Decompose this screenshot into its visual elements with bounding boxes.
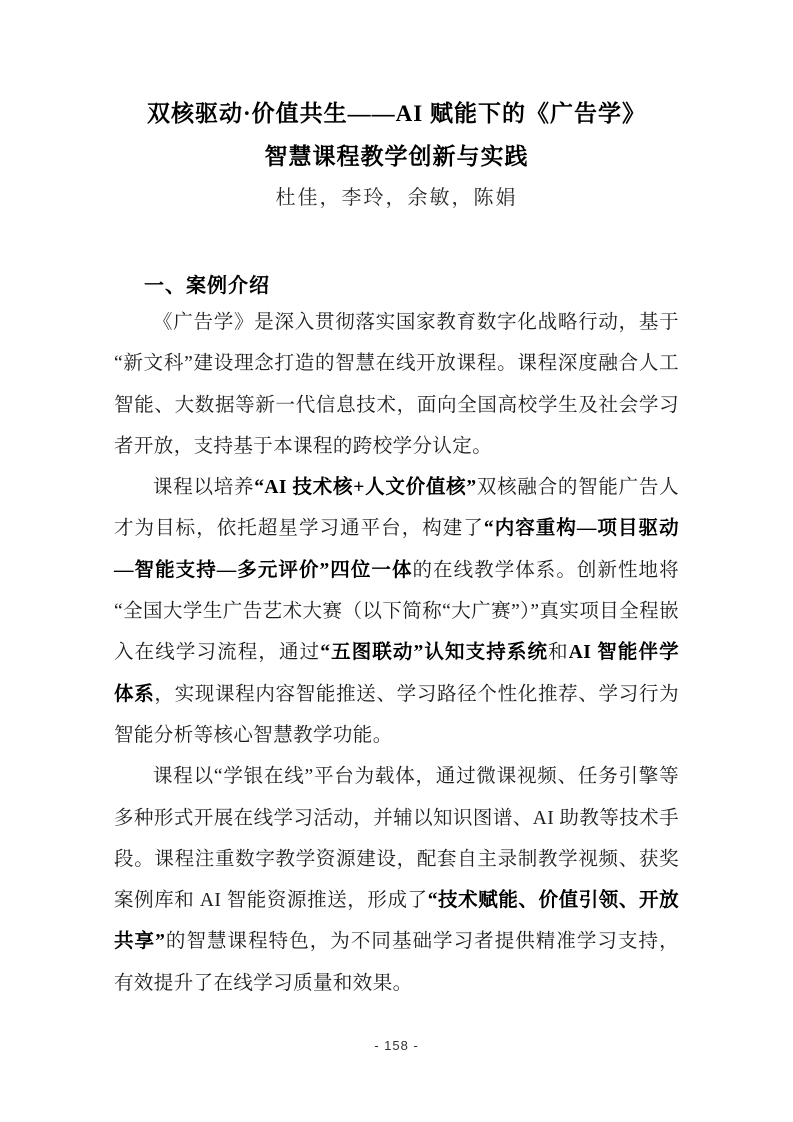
text-run: 的智慧课程特色，为不同基础学习者提供精准学习支持，有效提升了在线学习质量和效果。 (114, 931, 679, 993)
paragraph: 课程以培养“AI 技术核+人文价值核”双核融合的智能广告人才为目标，依托超星学习… (114, 467, 679, 756)
bold-text-run: “AI 技术核+人文价值核” (254, 477, 476, 498)
text-run: 《广告学》是深入贯彻落实国家教育数字化战略行动，基于“新文科”建设理念打造的智慧… (114, 312, 679, 457)
text-run: 课程以培养 (153, 477, 254, 498)
paragraph: 课程以“学银在线”平台为载体，通过微课视频、任务引擎等多种形式开展在线学习活动，… (114, 756, 679, 1004)
doc-title-line-2: 智慧课程教学创新与实践 (114, 135, 679, 178)
body-paragraphs: 《广告学》是深入贯彻落实国家教育数字化战略行动，基于“新文科”建设理念打造的智慧… (114, 302, 679, 1004)
page-content: 双核驱动·价值共生——AI 赋能下的《广告学》 智慧课程教学创新与实践 杜佳，李… (0, 0, 793, 1004)
authors-line: 杜佳，李玲，余敏，陈娟 (114, 178, 679, 219)
bold-text-run: “五图联动”认知支持系统 (320, 642, 548, 663)
doc-title: 双核驱动·价值共生——AI 赋能下的《广告学》 智慧课程教学创新与实践 (114, 92, 679, 178)
paragraph: 《广告学》是深入贯彻落实国家教育数字化战略行动，基于“新文科”建设理念打造的智慧… (114, 302, 679, 467)
text-run: ，实现课程内容智能推送、学习路径个性化推荐、学习行为智能分析等核心智慧教学功能。 (114, 684, 679, 746)
text-run: 和 (548, 642, 569, 663)
section-heading: 一、案例介绍 (114, 271, 679, 301)
page-number: - 158 - (0, 1038, 793, 1053)
doc-title-line-1: 双核驱动·价值共生——AI 赋能下的《广告学》 (114, 92, 679, 135)
document-page: 双核驱动·价值共生——AI 赋能下的《广告学》 智慧课程教学创新与实践 杜佳，李… (0, 0, 793, 1122)
